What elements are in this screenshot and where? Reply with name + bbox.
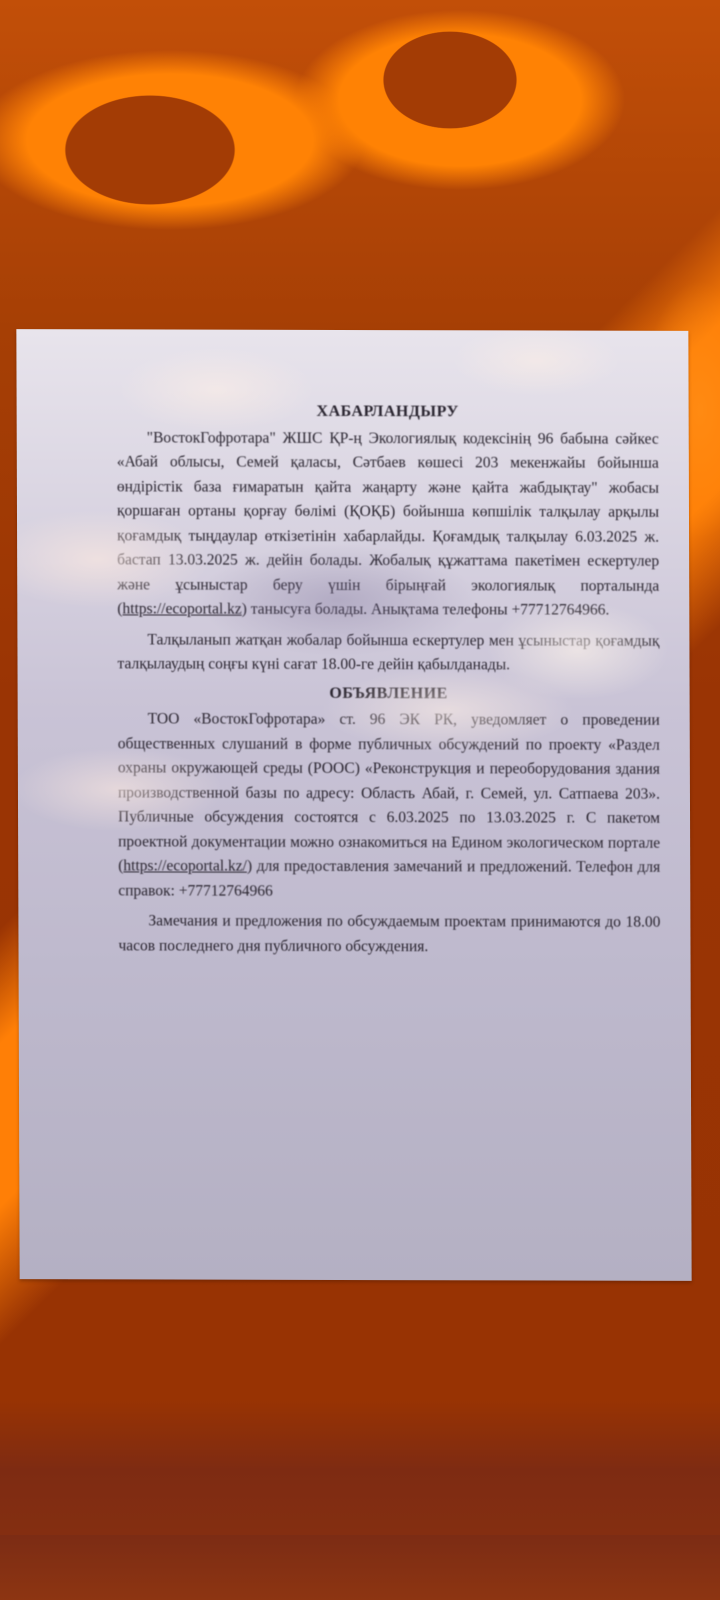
wall-ledge	[0, 1535, 720, 1600]
notice-kz-paragraph-1: "ВостокГофротара" ЖШС ҚР-ң Экологиялық к…	[117, 426, 660, 623]
notice-kz-text-tail: ) танысуға болады. Анықтама телефоны +77…	[242, 601, 610, 619]
notice-content: ХАБАРЛАНДЫРУ "ВостокГофротара" ЖШС ҚР-ң …	[117, 399, 661, 959]
notice-kz-text: "ВостокГофротара" ЖШС ҚР-ң Экологиялық к…	[117, 429, 659, 617]
notice-ru-paragraph-1: ТОО «ВостокГофротара» ст. 96 ЭК РК, увед…	[118, 707, 661, 904]
ecoportal-link-ru[interactable]: https://ecoportal.kz/	[123, 857, 247, 874]
notice-title-kz: ХАБАРЛАНДЫРУ	[117, 399, 659, 425]
ecoportal-link-kz[interactable]: https://ecoportal.kz	[122, 600, 241, 617]
notice-paper: ХАБАРЛАНДЫРУ "ВостокГофротара" ЖШС ҚР-ң …	[16, 329, 691, 1281]
notice-ru-text: ТОО «ВостокГофротара» ст. 96 ЭК РК, увед…	[118, 710, 660, 874]
notice-title-ru: ОБЪЯВЛЕНИЕ	[118, 681, 660, 707]
notice-kz-paragraph-2: Талқыланып жатқан жобалар бойынша ескерт…	[117, 628, 659, 678]
notice-ru-paragraph-2: Замечания и предложения по обсуждаемым п…	[118, 909, 660, 959]
